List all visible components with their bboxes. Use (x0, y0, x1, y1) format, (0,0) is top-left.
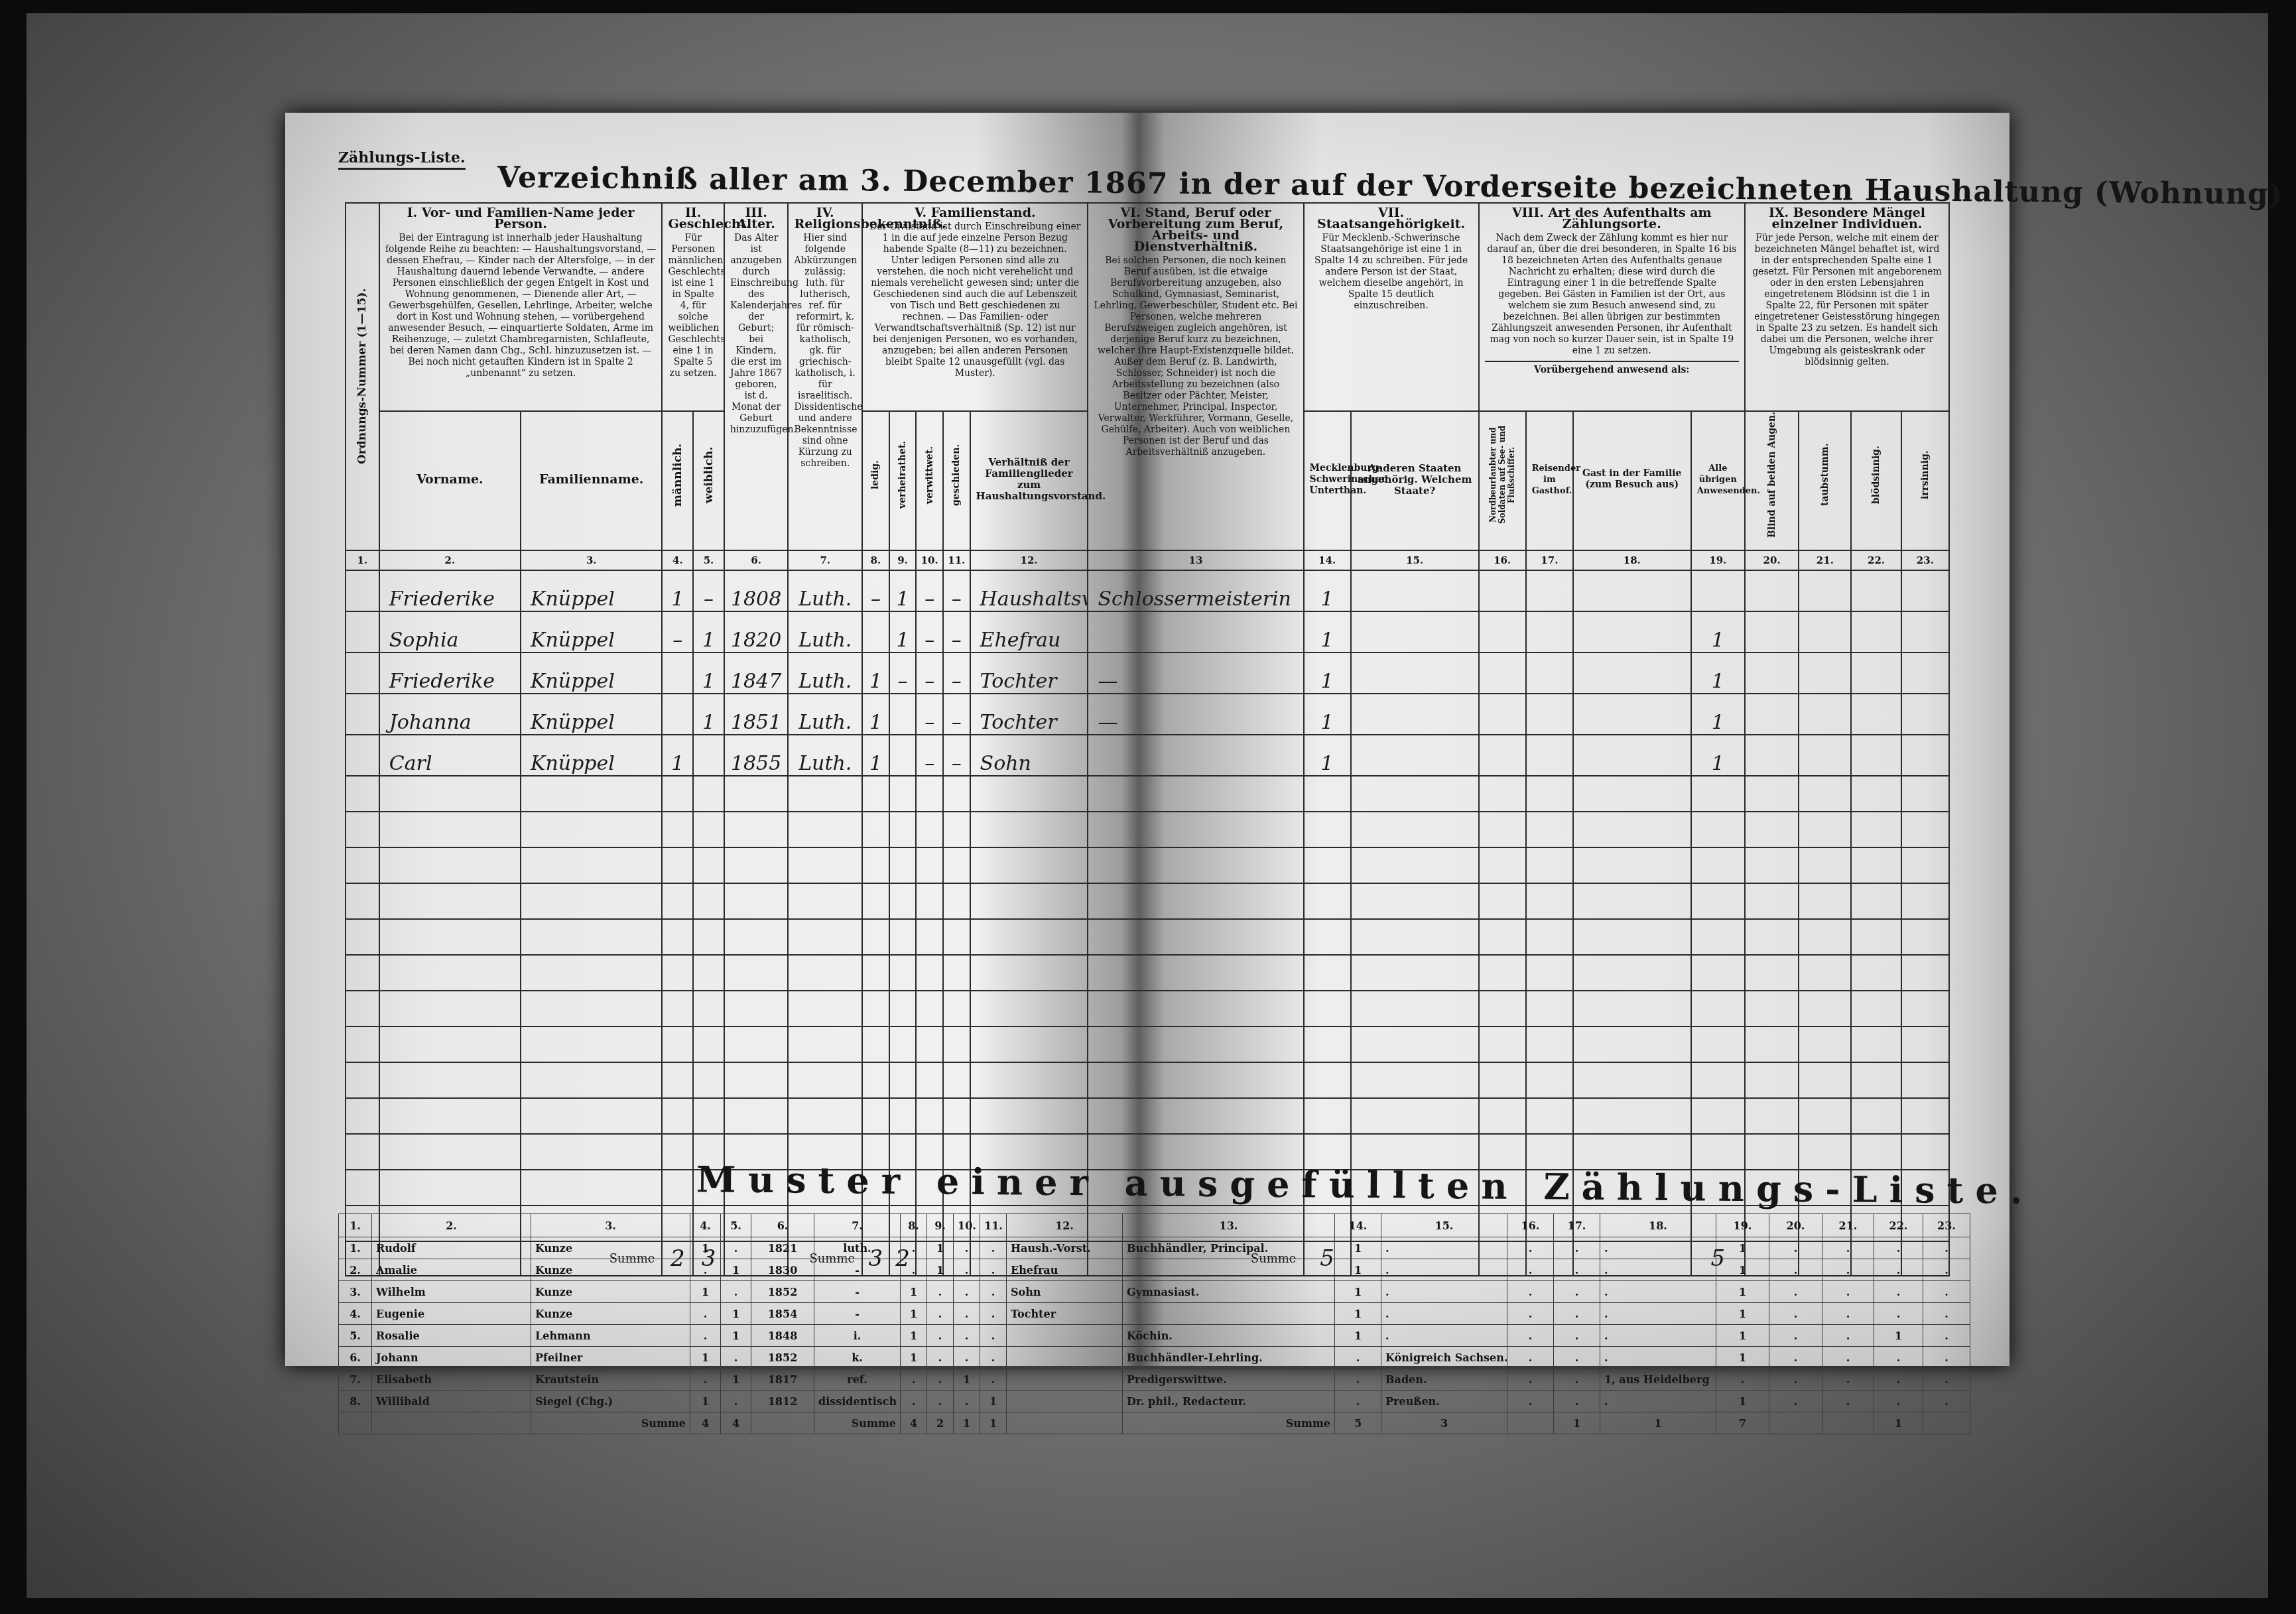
empty-cell (346, 1170, 379, 1206)
census-entry-row: FriederikeKnüppel11847Luth.1–––Tochter—1… (346, 652, 1949, 694)
empty-cell (889, 847, 917, 883)
muster-c14: . (1335, 1369, 1381, 1391)
muster-c5: . (721, 1391, 751, 1412)
column-number: 16. (1479, 550, 1526, 570)
empty-cell (662, 776, 693, 812)
muster-column-number: 17. (1554, 1214, 1600, 1237)
muster-c13: Buchhändler-Lehrling. (1123, 1347, 1335, 1369)
empty-cell (1691, 1062, 1745, 1098)
muster-c7: dissidentisch (814, 1391, 901, 1412)
empty-cell (943, 812, 970, 847)
muster-c19: . (1716, 1369, 1769, 1391)
muster-c6: 1812 (751, 1391, 814, 1412)
muster-c22: . (1874, 1391, 1923, 1412)
muster-c18: . (1600, 1237, 1716, 1259)
muster-vorname: Johann (372, 1347, 531, 1369)
muster-c5: 1 (721, 1259, 751, 1281)
census-entry-row: FriederikeKnüppel1–1808Luth.–1––Haushalt… (346, 570, 1949, 611)
soldaten-header: Nordbeurlaubter und Soldaten auf See- un… (1479, 411, 1526, 550)
maennlich-header: männlich. (662, 411, 693, 550)
empty-cell (693, 991, 724, 1026)
muster-c4: 1 (690, 1237, 721, 1259)
entry-empty (1351, 611, 1479, 652)
empty-cell (1479, 1062, 1526, 1098)
entry-beruf (1088, 735, 1303, 776)
empty-cell (1691, 1026, 1745, 1062)
muster-c17: . (1554, 1391, 1600, 1412)
section-IV-header: IV. Religionsbekenntniß.Hier sind folgen… (788, 203, 862, 550)
empty-cell (346, 1026, 379, 1062)
empty-cell (916, 955, 943, 991)
empty-cell (889, 776, 917, 812)
uebrige-header: Alle übrigen Anwesenden. (1691, 411, 1745, 550)
entry-empty (1901, 652, 1949, 694)
muster-column-number: 12. (1007, 1214, 1123, 1237)
muster-c22: . (1874, 1347, 1923, 1369)
entry-ledig: 1 (862, 694, 889, 735)
entry-c19: 1 (1691, 694, 1745, 735)
entry-verh (889, 694, 917, 735)
muster-c18: . (1600, 1281, 1716, 1303)
empty-cell (521, 1134, 662, 1170)
muster-c19: 1 (1716, 1325, 1769, 1347)
entry-empty (1901, 570, 1949, 611)
empty-cell (662, 847, 693, 883)
muster-vorname: Rosalie (372, 1325, 531, 1347)
muster-c14: . (1335, 1347, 1381, 1369)
muster-column-number: 23. (1923, 1214, 1970, 1237)
muster-familienname: Lehmann (531, 1325, 690, 1347)
empty-cell (1851, 883, 1901, 919)
entry-religion: Luth. (788, 652, 862, 694)
empty-cell (379, 883, 521, 919)
empty-cell (862, 991, 889, 1026)
empty-cell (862, 1098, 889, 1134)
muster-familienname: Pfeilner (531, 1347, 690, 1369)
muster-c20: . (1769, 1369, 1822, 1391)
muster-c9: . (927, 1391, 954, 1412)
empty-cell (916, 776, 943, 812)
reisender-header: Reisender im Gasthof. (1526, 411, 1573, 550)
column-number: 7. (788, 550, 862, 570)
empty-cell (1526, 1026, 1573, 1062)
census-table: Ordnungs-Nummer (1—15). I. Vor- und Fami… (345, 202, 1950, 1276)
census-sheet: Zählungs-Liste. Verzeichniß aller am 3. … (285, 113, 2009, 1366)
section-VI-header: VI. Stand, Beruf oder Vorbereitung zum B… (1088, 203, 1303, 550)
empty-cell (1851, 1098, 1901, 1134)
empty-cell (662, 1170, 693, 1206)
muster-summe-value: 4 (901, 1412, 927, 1434)
entry-verw: – (916, 694, 943, 735)
empty-cell (1851, 1062, 1901, 1098)
muster-column-number: 1. (339, 1214, 372, 1237)
empty-cell (1526, 776, 1573, 812)
entry-gesch: – (943, 694, 970, 735)
entry-empty (1799, 570, 1851, 611)
entry-familienname: Knüppel (521, 735, 662, 776)
empty-cell (1304, 812, 1351, 847)
muster-c15: Baden. (1381, 1369, 1507, 1391)
entry-verhaeltnis: Tochter (970, 694, 1088, 735)
entry-religion: Luth. (788, 694, 862, 735)
muster-c18: . (1600, 1347, 1716, 1369)
muster-c17: . (1554, 1325, 1600, 1347)
muster-c21: . (1822, 1281, 1874, 1303)
empty-cell (862, 883, 889, 919)
entry-jahr: 1820 (724, 611, 789, 652)
empty-cell (1901, 1134, 1949, 1170)
muster-c10: . (954, 1325, 980, 1347)
empty-cell (862, 812, 889, 847)
muster-c9: 1 (927, 1237, 954, 1259)
empty-cell (1088, 812, 1303, 847)
empty-cell (1526, 919, 1573, 955)
muster-c17: . (1554, 1347, 1600, 1369)
empty-cell (943, 955, 970, 991)
muster-c23: . (1923, 1369, 1970, 1391)
muster-c6: 1852 (751, 1347, 814, 1369)
familienname-header: Familienname. (521, 411, 662, 550)
bloedsinnig-header: blödsinnig. (1851, 411, 1901, 550)
empty-cell (862, 847, 889, 883)
empty-cell (379, 776, 521, 812)
muster-row: 3.WilhelmKunze1.1852-1...SohnGymnasiast.… (339, 1281, 1970, 1303)
column-number: 4. (662, 550, 693, 570)
muster-c16: . (1507, 1325, 1554, 1347)
muster-familienname: Siegel (Chg.) (531, 1391, 690, 1412)
entry-c19: 1 (1691, 735, 1745, 776)
empty-cell (1479, 1026, 1526, 1062)
empty-cell (1799, 919, 1851, 955)
muster-c4: . (690, 1325, 721, 1347)
entry-jahr: 1808 (724, 570, 789, 611)
muster-c20: . (1769, 1347, 1822, 1369)
entry-verhaeltnis: Tochter (970, 652, 1088, 694)
verwitwet-header: verwittwet. (916, 411, 943, 550)
empty-cell (889, 812, 917, 847)
muster-c21: . (1822, 1391, 1874, 1412)
section-VIII-header: VIII. Art des Aufenthalts am Zählungsort… (1479, 203, 1745, 411)
empty-cell (889, 1098, 917, 1134)
muster-c20: . (1769, 1391, 1822, 1412)
empty-cell (1691, 1098, 1745, 1134)
empty-cell (1851, 847, 1901, 883)
entry-vorname: Friederike (379, 652, 521, 694)
empty-row (346, 991, 1949, 1026)
muster-nr: 4. (339, 1303, 372, 1325)
empty-cell (662, 812, 693, 847)
muster-column-number-row: 1.2.3.4.5.6.7.8.9.10.11.12.13.14.15.16.1… (339, 1214, 1970, 1237)
entry-c14: 1 (1304, 570, 1351, 611)
muster-c21: . (1822, 1303, 1874, 1325)
section-III-header: III. Alter.Das Alter ist anzugeben durch… (724, 203, 789, 550)
empty-cell (379, 1062, 521, 1098)
empty-cell (521, 883, 662, 919)
empty-cell (916, 1026, 943, 1062)
empty-cell (724, 991, 789, 1026)
empty-cell (1573, 955, 1691, 991)
muster-c21: . (1822, 1325, 1874, 1347)
entry-vorname: Friederike (379, 570, 521, 611)
empty-cell (1799, 991, 1851, 1026)
entry-verw: – (916, 652, 943, 694)
muster-c10: . (954, 1347, 980, 1369)
muster-c10: . (954, 1281, 980, 1303)
empty-cell (1799, 1026, 1851, 1062)
empty-cell (943, 1026, 970, 1062)
muster-c5: . (721, 1347, 751, 1369)
muster-c9: . (927, 1281, 954, 1303)
muster-column-number: 4. (690, 1214, 721, 1237)
muster-summe-value: 3 (1381, 1412, 1507, 1434)
empty-cell (1901, 919, 1949, 955)
vorname-header: Vorname. (379, 411, 521, 550)
muster-c19: 1 (1716, 1237, 1769, 1259)
empty-cell (1691, 847, 1745, 883)
muster-row: 4.EugenieKunze.11854-1...Tochter1....1..… (339, 1303, 1970, 1325)
empty-cell (1479, 776, 1526, 812)
empty-cell (662, 1098, 693, 1134)
muster-c4: . (690, 1369, 721, 1391)
entry-empty (1573, 611, 1691, 652)
empty-cell (346, 812, 379, 847)
muster-c13: Predigerswittwe. (1123, 1369, 1335, 1391)
muster-summe-value (339, 1412, 372, 1434)
muster-column-number: 10. (954, 1214, 980, 1237)
empty-cell (970, 1098, 1088, 1134)
empty-cell (1851, 1134, 1901, 1170)
muster-c21: . (1822, 1237, 1874, 1259)
muster-summe-value (1007, 1412, 1123, 1434)
muster-c23: . (1923, 1237, 1970, 1259)
entry-empty (1851, 694, 1901, 735)
muster-c12 (1007, 1347, 1123, 1369)
column-number: 19. (1691, 550, 1745, 570)
entry-verw: – (916, 570, 943, 611)
entry-w: 1 (693, 611, 724, 652)
empty-cell (1573, 776, 1691, 812)
empty-cell (1745, 1098, 1799, 1134)
muster-summe-value (1822, 1412, 1874, 1434)
entry-vorname: Johanna (379, 694, 521, 735)
muster-c15: . (1381, 1237, 1507, 1259)
empty-cell (521, 776, 662, 812)
entry-familienname: Knüppel (521, 652, 662, 694)
muster-summe-label: Summe (814, 1412, 901, 1434)
muster-c22: . (1874, 1303, 1923, 1325)
entry-empty (1479, 735, 1526, 776)
empty-cell (1745, 1134, 1799, 1170)
empty-cell (521, 955, 662, 991)
empty-cell (1745, 883, 1799, 919)
muster-c22: . (1874, 1369, 1923, 1391)
empty-cell (693, 812, 724, 847)
muster-c15: . (1381, 1303, 1507, 1325)
entry-religion: Luth. (788, 735, 862, 776)
empty-cell (1304, 919, 1351, 955)
entry-beruf (1088, 611, 1303, 652)
empty-cell (693, 883, 724, 919)
muster-c6: 1817 (751, 1369, 814, 1391)
empty-cell (1526, 847, 1573, 883)
entry-jahr: 1855 (724, 735, 789, 776)
entry-empty (346, 652, 379, 694)
empty-cell (662, 991, 693, 1026)
muster-c16: . (1507, 1281, 1554, 1303)
empty-cell (788, 919, 862, 955)
muster-summe-value: 5 (1335, 1412, 1381, 1434)
empty-cell (1573, 1134, 1691, 1170)
empty-row (346, 776, 1949, 812)
muster-c15: . (1381, 1325, 1507, 1347)
muster-c22: . (1874, 1281, 1923, 1303)
empty-cell (1901, 776, 1949, 812)
empty-cell (724, 776, 789, 812)
muster-c8: 1 (901, 1325, 927, 1347)
muster-column-number: 9. (927, 1214, 954, 1237)
empty-row (346, 1026, 1949, 1062)
entry-empty (1851, 652, 1901, 694)
muster-table: 1.2.3.4.5.6.7.8.9.10.11.12.13.14.15.16.1… (338, 1213, 1970, 1434)
entry-empty (1799, 611, 1851, 652)
muster-vorname: Eugenie (372, 1303, 531, 1325)
column-number: 13 (1088, 550, 1303, 570)
empty-cell (379, 1170, 521, 1206)
empty-cell (521, 1170, 662, 1206)
muster-c11: . (980, 1259, 1007, 1281)
muster-c16: . (1507, 1391, 1554, 1412)
empty-cell (1526, 1062, 1573, 1098)
empty-cell (346, 919, 379, 955)
muster-column-number: 21. (1822, 1214, 1874, 1237)
entry-empty (346, 570, 379, 611)
muster-c8: 1 (901, 1347, 927, 1369)
muster-c6: 1830 (751, 1259, 814, 1281)
empty-cell (788, 883, 862, 919)
empty-cell (970, 955, 1088, 991)
empty-cell (1351, 1062, 1479, 1098)
column-number: 1. (346, 550, 379, 570)
empty-cell (943, 991, 970, 1026)
muster-c16: . (1507, 1303, 1554, 1325)
muster-c17: . (1554, 1259, 1600, 1281)
muster-summe-value: 1 (980, 1412, 1007, 1434)
muster-c4: 1 (690, 1347, 721, 1369)
entry-empty (1799, 735, 1851, 776)
empty-cell (379, 919, 521, 955)
muster-c14: 1 (1335, 1259, 1381, 1281)
muster-c9: . (927, 1325, 954, 1347)
empty-cell (1851, 776, 1901, 812)
empty-cell (1745, 991, 1799, 1026)
empty-cell (379, 955, 521, 991)
muster-c16: . (1507, 1259, 1554, 1281)
empty-cell (1479, 812, 1526, 847)
empty-cell (943, 847, 970, 883)
empty-cell (1851, 955, 1901, 991)
entry-m: 1 (662, 570, 693, 611)
empty-cell (1745, 776, 1799, 812)
empty-cell (1691, 883, 1745, 919)
entry-w: 1 (693, 694, 724, 735)
entry-verhaeltnis: Ehefrau (970, 611, 1088, 652)
empty-cell (1799, 1098, 1851, 1134)
column-number: 8. (862, 550, 889, 570)
muster-c7: - (814, 1259, 901, 1281)
muster-familienname: Kunze (531, 1259, 690, 1281)
column-number: 21. (1799, 550, 1851, 570)
muster-summe-label: Summe (531, 1412, 690, 1434)
empty-cell (788, 776, 862, 812)
entry-c14: 1 (1304, 611, 1351, 652)
entry-vorname: Carl (379, 735, 521, 776)
muster-vorname: Willibald (372, 1391, 531, 1412)
empty-cell (1745, 847, 1799, 883)
empty-row (346, 919, 1949, 955)
entry-beruf: — (1088, 652, 1303, 694)
muster-summe-label: Summe (1123, 1412, 1335, 1434)
column-number: 20. (1745, 550, 1799, 570)
empty-cell (1573, 847, 1691, 883)
muster-summe-value: 1 (1600, 1412, 1716, 1434)
muster-c8: 1 (901, 1281, 927, 1303)
verhaeltnis-header: Verhältniß der Familienglieder zum Haush… (970, 411, 1088, 550)
muster-c15: Königreich Sachsen. (1381, 1347, 1507, 1369)
entry-empty (1526, 611, 1573, 652)
column-number: 17. (1526, 550, 1573, 570)
empty-cell (916, 847, 943, 883)
empty-cell (1691, 991, 1745, 1026)
empty-cell (1799, 812, 1851, 847)
entry-familienname: Knüppel (521, 570, 662, 611)
empty-cell (346, 1134, 379, 1170)
empty-cell (693, 1026, 724, 1062)
entry-empty (1745, 652, 1799, 694)
muster-c4: 1 (690, 1391, 721, 1412)
muster-c19: 1 (1716, 1303, 1769, 1325)
muster-c21: . (1822, 1369, 1874, 1391)
muster-c13 (1123, 1259, 1335, 1281)
muster-column-number: 14. (1335, 1214, 1381, 1237)
empty-cell (1745, 1062, 1799, 1098)
entry-m: – (662, 611, 693, 652)
empty-cell (1799, 847, 1851, 883)
entry-empty (1851, 570, 1901, 611)
empty-cell (1479, 883, 1526, 919)
muster-c13: Gymnasiast. (1123, 1281, 1335, 1303)
muster-vorname: Amalie (372, 1259, 531, 1281)
empty-cell (1304, 776, 1351, 812)
empty-cell (346, 776, 379, 812)
muster-c7: i. (814, 1325, 901, 1347)
muster-summe-value: 4 (690, 1412, 721, 1434)
muster-c23: . (1923, 1259, 1970, 1281)
muster-c22: . (1874, 1237, 1923, 1259)
entry-empty (1851, 611, 1901, 652)
empty-cell (379, 1098, 521, 1134)
entry-empty (1573, 570, 1691, 611)
entry-c14: 1 (1304, 735, 1351, 776)
empty-cell (1304, 1098, 1351, 1134)
muster-c11: . (980, 1303, 1007, 1325)
empty-cell (1088, 955, 1303, 991)
muster-c14: 1 (1335, 1281, 1381, 1303)
entry-verh: 1 (889, 570, 917, 611)
column-number: 14. (1304, 550, 1351, 570)
empty-cell (889, 1062, 917, 1098)
muster-c13: Dr. phil., Redacteur. (1123, 1391, 1335, 1412)
muster-c7: ref. (814, 1369, 901, 1391)
